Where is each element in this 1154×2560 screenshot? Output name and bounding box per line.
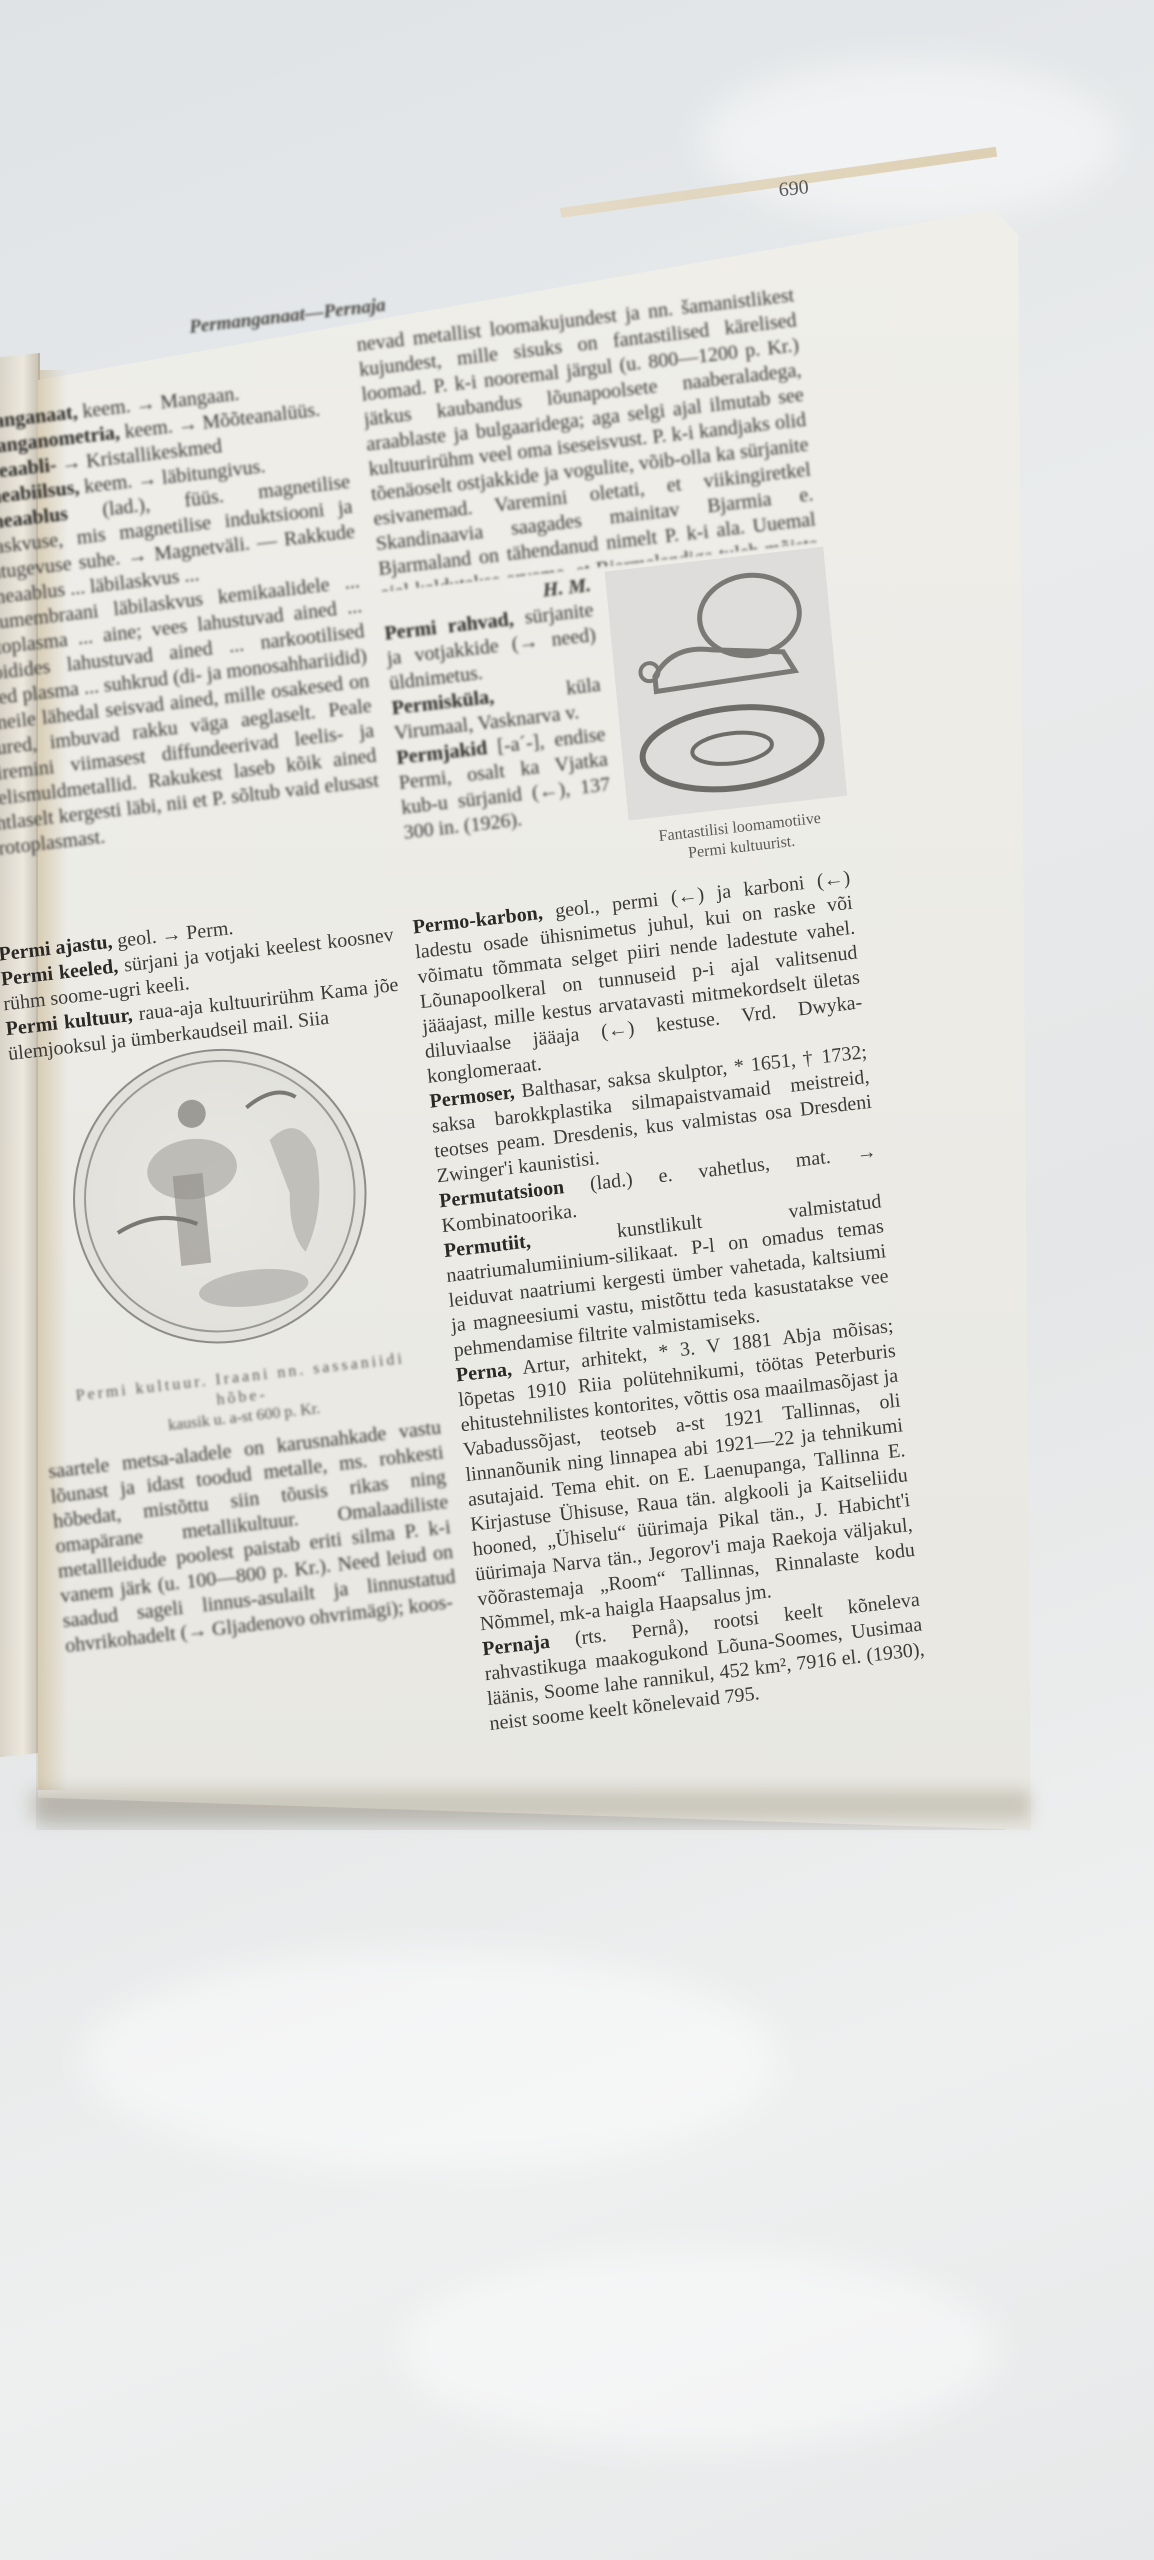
silver-bowl-illustration: [60, 1033, 380, 1359]
right-column-top-full: nevad metallist loomakujundest ja nn. ša…: [356, 283, 818, 592]
cloth-fold: [400, 2250, 1000, 2450]
entry: Perna, Artur, arhitekt, * 3. V 1881 Abja…: [455, 1314, 919, 1638]
entry: Rakumembraani läbilaskvus kemikaalidele …: [0, 569, 382, 863]
left-column-continuation: saartele metsa-aladele on karusnahkade v…: [47, 1416, 459, 1660]
right-column-mid: H. M. Permi rahvad, sürjanite ja votjakk…: [381, 573, 614, 846]
right-column-lower: Permo-karbon, geol., permi (←) ja karbon…: [412, 866, 928, 1737]
left-column: Permanganaat, keem. → Mangaan. Permangan…: [0, 370, 382, 863]
cloth-fold: [700, 60, 1120, 220]
page-content: Permanganaat—Pernaja 690 690 Permanganaa…: [0, 200, 1004, 1800]
book-bottom-shadow: [30, 1790, 1030, 1820]
animal-motifs-figure: [605, 547, 848, 821]
hunter-and-animals-icon: [62, 1035, 378, 1357]
fantastic-animals-icon: [605, 547, 848, 821]
cloth-fold: [80, 1950, 780, 2170]
page-number-right: 690: [778, 176, 810, 202]
